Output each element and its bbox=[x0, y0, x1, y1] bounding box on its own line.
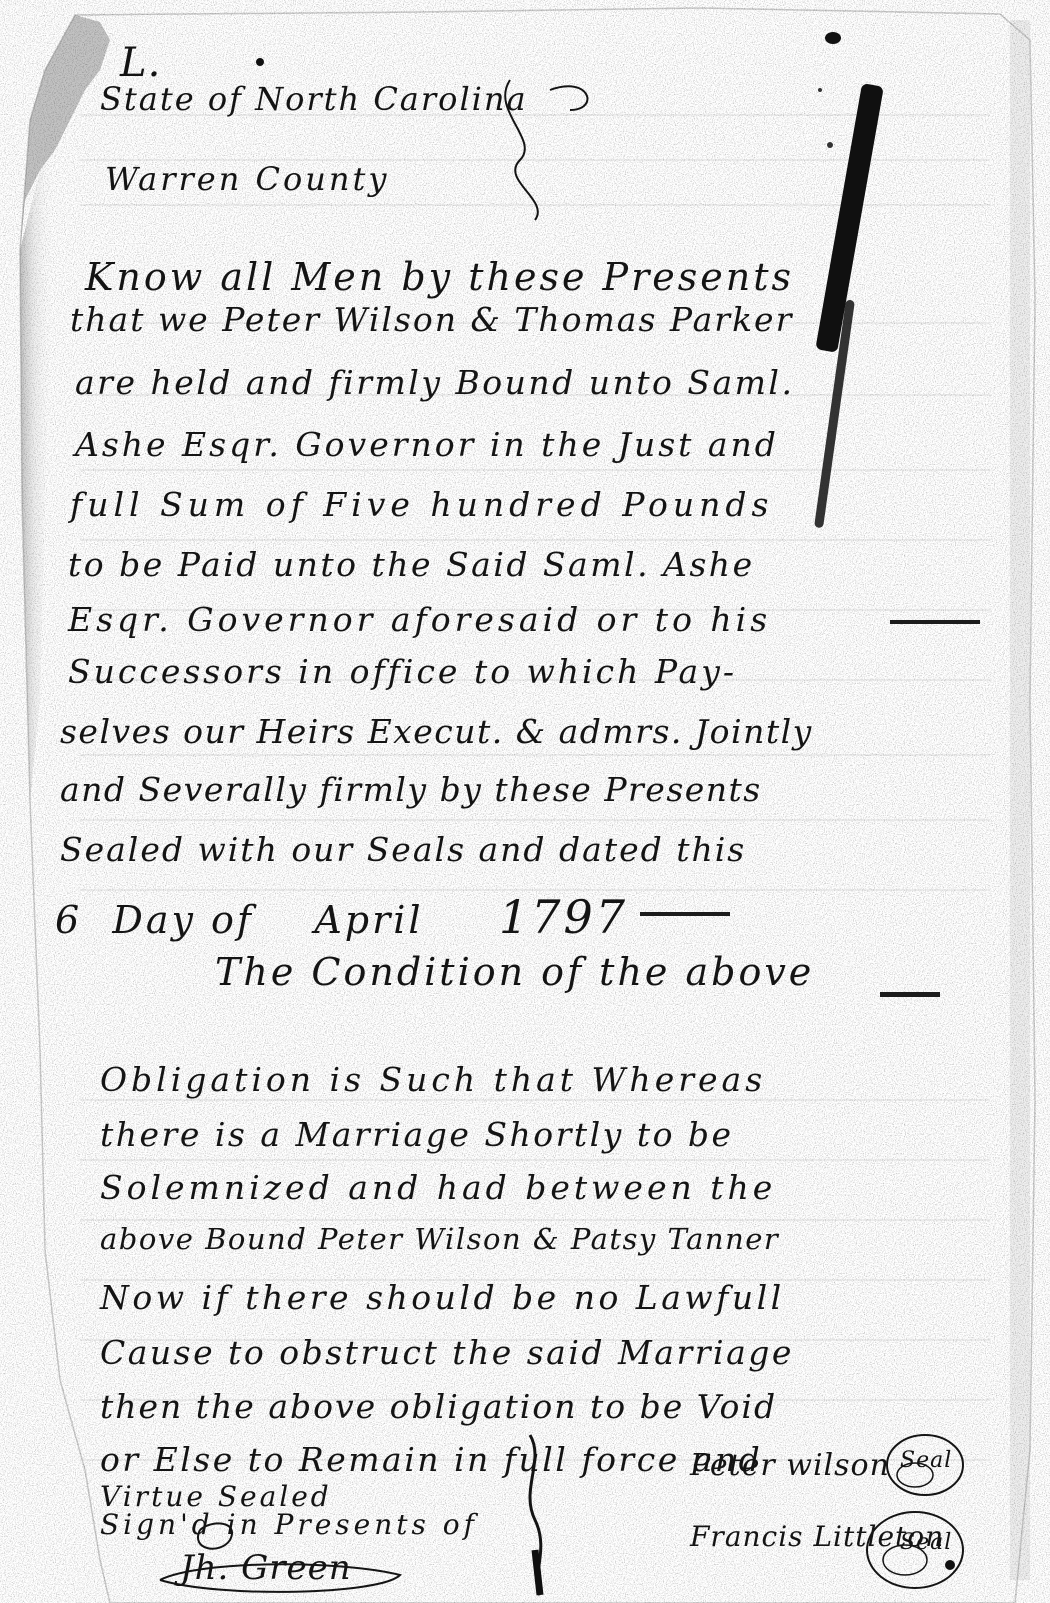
bond-line-4: Ashe Esqr. Governor in the Just and bbox=[75, 425, 779, 464]
bond-line-6: to be Paid unto the Said Saml. Ashe bbox=[68, 545, 755, 584]
date-month: April bbox=[314, 898, 423, 942]
witness-flourish bbox=[140, 1520, 420, 1600]
bond-line-1: Know all Men by these Presents bbox=[85, 255, 794, 299]
condition-line-6: Now if there should be no Lawfull bbox=[100, 1278, 785, 1317]
line-fill-stroke bbox=[890, 620, 980, 624]
bond-date-line: 6 Day of April 1797 bbox=[55, 890, 628, 944]
condition-line-4: Solemnized and had between the bbox=[100, 1168, 776, 1207]
bond-line-10: and Severally firmly by these Presents bbox=[60, 770, 762, 809]
bond-line-11: Sealed with our Seals and dated this bbox=[60, 830, 746, 869]
condition-line-8: then the above obligation to be Void bbox=[100, 1387, 777, 1426]
condition-line-3: there is a Marriage Shortly to be bbox=[100, 1115, 734, 1154]
header-county: Warren County bbox=[105, 160, 389, 198]
bond-line-8: Successors in office to which Pay- bbox=[68, 652, 737, 691]
condition-dash bbox=[880, 992, 940, 997]
condition-line-5: above Bound Peter Wilson & Patsy Tanner bbox=[100, 1222, 779, 1256]
condition-line-2: Obligation is Such that Whereas bbox=[100, 1060, 766, 1099]
seal-scroll-2 bbox=[860, 1505, 970, 1600]
condition-line-1: The Condition of the above bbox=[215, 950, 814, 994]
bond-line-3: are held and firmly Bound unto Saml. bbox=[75, 363, 794, 402]
bond-line-2: that we Peter Wilson & Thomas Parker bbox=[70, 300, 793, 339]
header-state: State of North Carolina bbox=[100, 80, 528, 118]
bond-line-7: Esqr. Governor aforesaid or to his bbox=[68, 600, 771, 639]
signature-peter-wilson: Peter wilson bbox=[690, 1448, 890, 1483]
condition-line-9: or Else to Remain in full force and bbox=[100, 1440, 762, 1479]
date-year: 1797 bbox=[499, 890, 628, 944]
seal-bracket-stroke bbox=[500, 1430, 560, 1600]
bond-line-9: selves our Heirs Execut. & admrs. Jointl… bbox=[60, 712, 813, 751]
date-dash bbox=[640, 912, 730, 916]
seal-scroll-1 bbox=[880, 1425, 970, 1505]
condition-line-7: Cause to obstruct the said Marriage bbox=[100, 1333, 794, 1372]
scanned-document: L. State of North Carolina Warren County… bbox=[0, 0, 1050, 1603]
bond-line-5: full Sum of Five hundred Pounds bbox=[70, 485, 774, 524]
bracket-flourish bbox=[480, 70, 600, 230]
date-day: 6 bbox=[55, 898, 82, 942]
date-day-label: Day of bbox=[97, 898, 299, 942]
